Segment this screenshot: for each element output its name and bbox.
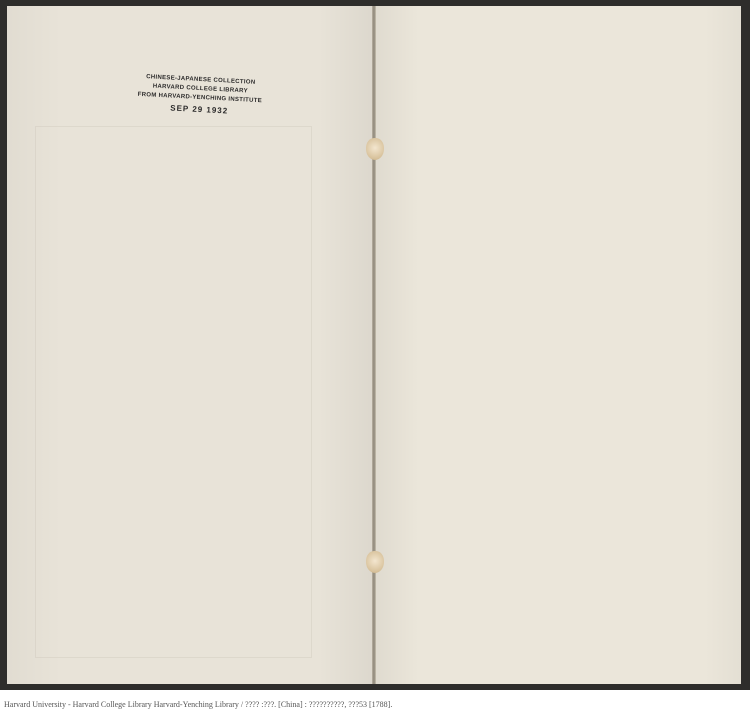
book-gutter: [372, 6, 376, 684]
binding-tab-bottom: [366, 551, 384, 573]
citation-footer: Harvard University - Harvard College Lib…: [4, 700, 392, 709]
binding-tab-top: [366, 138, 384, 160]
library-stamp: CHINESE-JAPANESE COLLECTION HARVARD COLL…: [129, 72, 271, 117]
show-through-frame: [35, 126, 312, 658]
scanned-book-spread: CHINESE-JAPANESE COLLECTION HARVARD COLL…: [0, 0, 750, 690]
right-page: [375, 6, 741, 684]
